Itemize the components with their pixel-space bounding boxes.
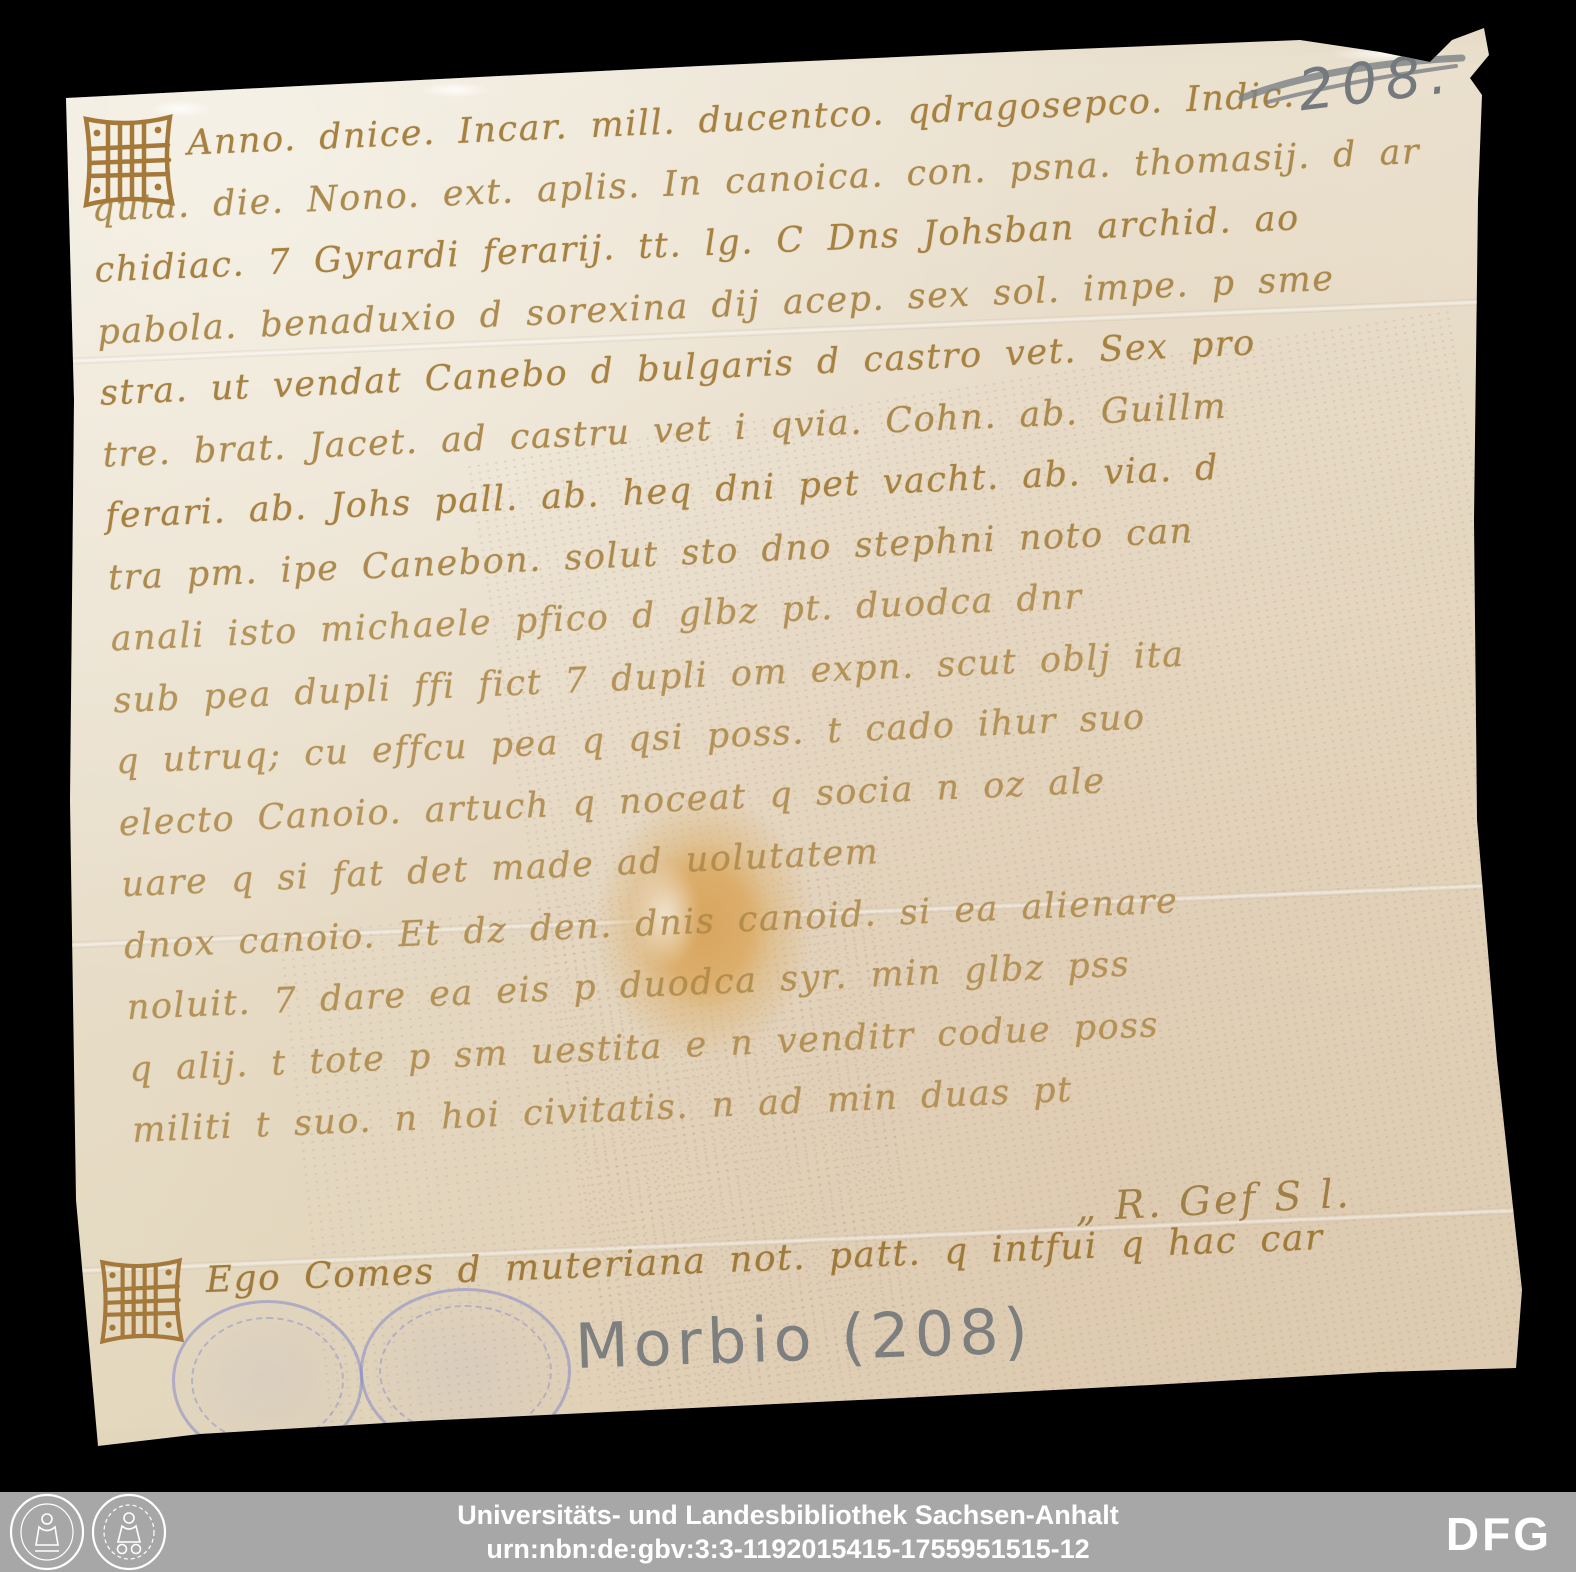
library-stamp [360,1288,571,1454]
footer-bar: Universitäts- und Landesbibliothek Sachs… [0,1492,1576,1572]
dfg-logo: DFG [1446,1507,1552,1561]
library-seals [8,1493,168,1571]
manuscript-parchment: Anno. dnice. Incar. mill. ducentco. qdra… [0,0,1576,1492]
decorative-initial-bottom [95,1243,187,1358]
glare-highlight [420,82,490,98]
charter-text-block: Anno. dnice. Incar. mill. ducentco. qdra… [88,57,1532,1163]
university-seal-icon [90,1493,168,1571]
university-seal-icon [8,1493,86,1571]
scan-viewport: Anno. dnice. Incar. mill. ducentco. qdra… [0,0,1576,1572]
library-name: Universitäts- und Landesbibliothek Sachs… [300,1498,1276,1532]
footer-caption: Universitäts- und Landesbibliothek Sachs… [300,1492,1276,1572]
library-stamp [172,1300,363,1461]
urn-identifier: urn:nbn:de:gbv:3:3-1192015415-1755951515… [300,1532,1276,1566]
